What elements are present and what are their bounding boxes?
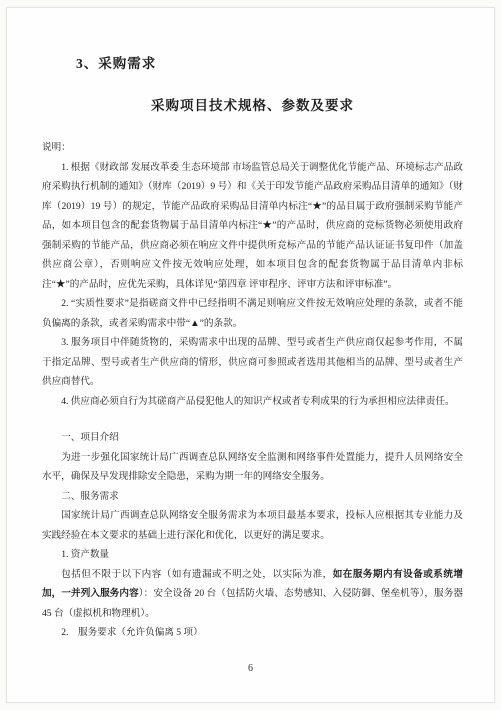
document-title: 采购项目技术规格、参数及要求: [42, 94, 463, 114]
note-paragraph-2: 2. “实质性要求”是指磋商文件中已经指明不满足则响应文件按无效响应处理的条款，…: [42, 294, 463, 333]
project-intro-paragraph: 为进一步强化国家统计局广西调查总队网络安全监测和网络事件处置能力，提升人员网络安…: [42, 448, 463, 487]
asset-quantity-paragraph: 包括但不限于以下内容（如有遗漏或不明之处，以实际为准，如在服务期内有设备或系统增…: [42, 565, 463, 624]
page-content: 3、采购需求 采购项目技术规格、参数及要求 说明： 1. 根据《财政部 发展改革…: [7, 8, 494, 702]
notes-label: 说明：: [42, 138, 463, 158]
document-page: 3、采购需求 采购项目技术规格、参数及要求 说明： 1. 根据《财政部 发展改革…: [6, 7, 495, 703]
section-heading-service-requirements: 二、服务需求: [42, 487, 463, 507]
section-number-title: 3、采购需求: [76, 52, 463, 72]
asset-paragraph-pre: 包括但不限于以下内容（如有遗漏或不明之处，以实际为准，: [61, 569, 333, 580]
note-paragraph-3: 3. 服务项目中伴随货物的，采购需求中出现的品牌、型号或者生产供应商仅起参考作用…: [42, 333, 463, 392]
subheading-asset-quantity: 1. 资产数量: [42, 545, 463, 565]
subheading-service-requirements-deviation: 2. 服务要求（允许负偏离 5 项）: [42, 623, 463, 643]
page-number: 6: [7, 663, 494, 674]
section-heading-project-intro: 一、项目介绍: [42, 428, 463, 448]
scanned-page-viewport: 3、采购需求 采购项目技术规格、参数及要求 说明： 1. 根据《财政部 发展改革…: [0, 0, 501, 710]
note-paragraph-4: 4. 供应商必须自行为其磋商产品侵犯他人的知识产权或者专利成果的行为承担相应法律…: [42, 392, 463, 412]
service-requirements-paragraph: 国家统计局广西调查总队网络安全服务需求为本项目最基本要求，投标人应根据其专业能力…: [42, 506, 463, 545]
note-paragraph-1: 1. 根据《财政部 发展改革委 生态环境部 市场监管总局关于调整优化节能产品、环…: [42, 158, 463, 295]
